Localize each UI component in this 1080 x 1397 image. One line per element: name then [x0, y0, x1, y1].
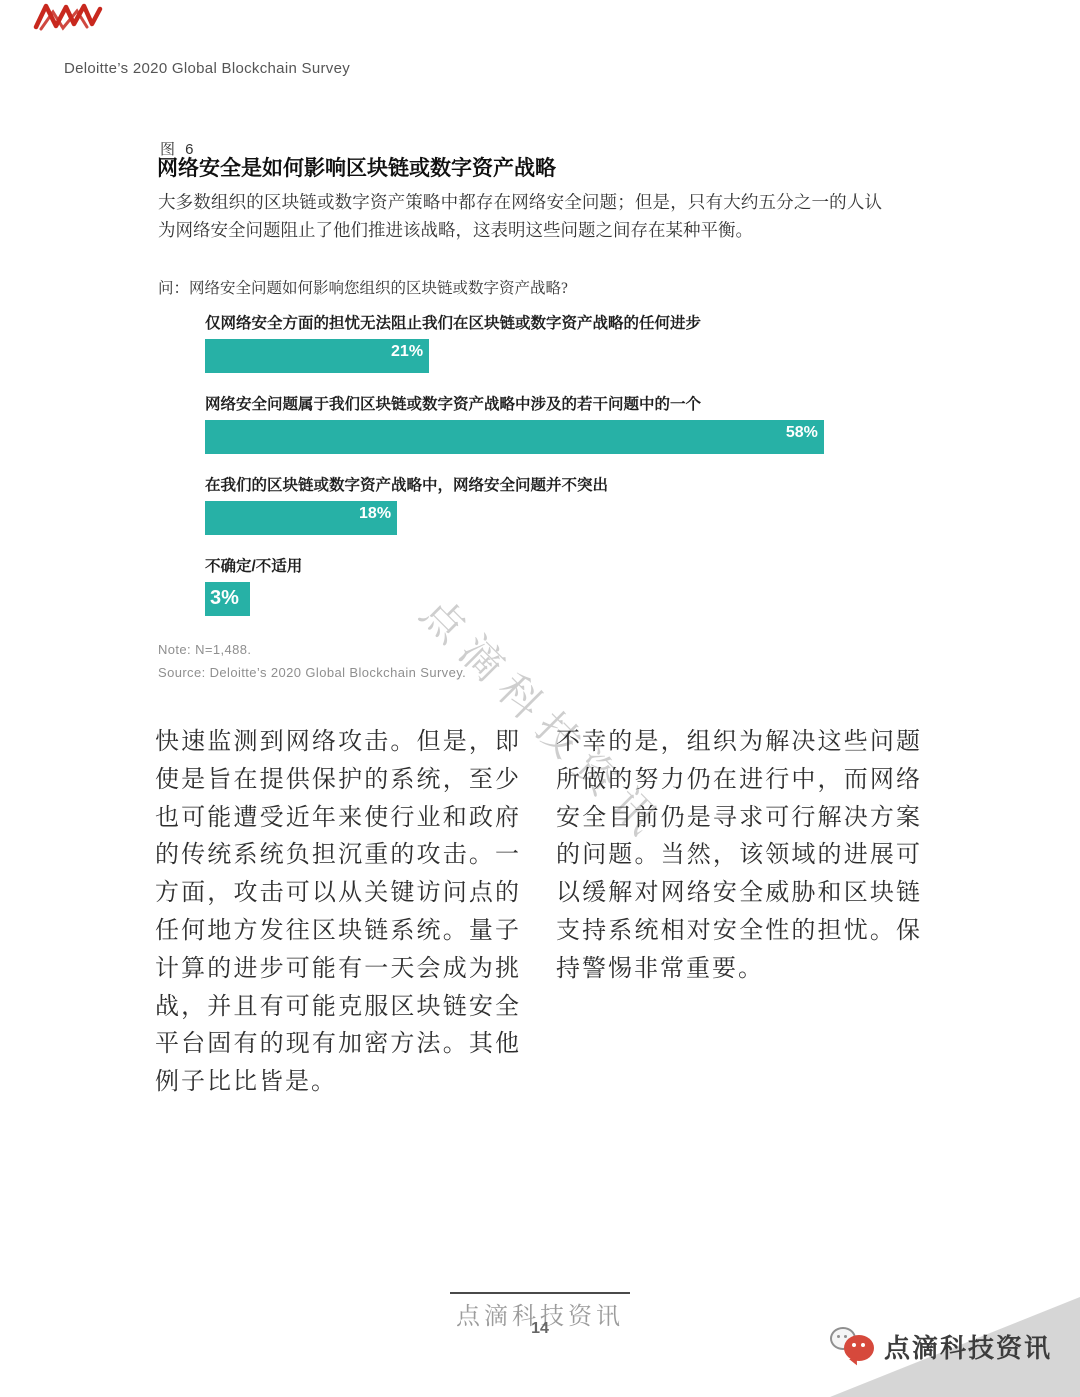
wechat-chat-bubbles-icon [830, 1327, 876, 1365]
corner-brand-badge: 点滴科技资讯 [830, 1327, 1052, 1365]
red-scribble-mark-icon [33, 2, 103, 32]
footer-divider [450, 1292, 630, 1294]
figure-intro-paragraph: 大多数组织的区块链或数字资产策略中都存在网络安全问题；但是，只有大约五分之一的人… [158, 189, 882, 244]
bar-value-label: 18% [359, 501, 397, 525]
chat-bubble-tail [849, 1357, 859, 1367]
chart-row: 不确定/不适用3% [205, 557, 1065, 616]
chart-row: 网络安全问题属于我们区块链或数字资产战略中涉及的若干问题中的一个58% [205, 395, 1065, 454]
bar-value-label: 3% [205, 582, 239, 611]
note-line: Note: N=1,488. [158, 638, 466, 661]
survey-question: 问：网络安全问题如何影响您组织的区块链或数字资产战略? [158, 276, 568, 298]
body-left-column: 快速监测到网络攻击。但是，即使是旨在提供保护的系统，至少也可能遭受近年来使行业和… [155, 724, 521, 1102]
bar-category-label: 网络安全问题属于我们区块链或数字资产战略中涉及的若干问题中的一个 [205, 395, 1065, 415]
body-right-column: 不幸的是，组织为解决这些问题所做的努力仍在进行中，而网络安全目前仍是寻求可行解决… [556, 724, 922, 1102]
chart-row: 在我们的区块链或数字资产战略中，网络安全问题并不突出18% [205, 476, 1065, 535]
bar-category-label: 在我们的区块链或数字资产战略中，网络安全问题并不突出 [205, 476, 1065, 496]
bar-segment: 3% [205, 582, 250, 616]
figure-title: 网络安全是如何影响区块链或数字资产战略 [157, 152, 556, 182]
bar-segment: 21% [205, 339, 429, 373]
report-header: Deloitte’s 2020 Global Blockchain Survey [64, 60, 350, 77]
bar-value-label: 21% [391, 339, 429, 363]
bar-segment: 58% [205, 420, 824, 454]
bar-chart: 仅网络安全方面的担忧无法阻止我们在区块链或数字资产战略的任何进步21%网络安全问… [205, 314, 1065, 638]
bar-segment: 18% [205, 501, 397, 535]
chart-row: 仅网络安全方面的担忧无法阻止我们在区块链或数字资产战略的任何进步21% [205, 314, 1065, 373]
bar-category-label: 不确定/不适用 [205, 557, 1065, 577]
source-line: Source: Deloitte’s 2020 Global Blockchai… [158, 661, 466, 684]
corner-brand-text: 点滴科技资讯 [884, 1328, 1052, 1365]
chat-bubble-large [844, 1335, 874, 1361]
chart-notes: Note: N=1,488. Source: Deloitte’s 2020 G… [158, 638, 466, 684]
bar-category-label: 仅网络安全方面的担忧无法阻止我们在区块链或数字资产战略的任何进步 [205, 314, 1065, 334]
document-page: Deloitte’s 2020 Global Blockchain Survey… [0, 0, 1080, 1397]
body-columns: 快速监测到网络攻击。但是，即使是旨在提供保护的系统，至少也可能遭受近年来使行业和… [155, 724, 922, 1102]
bar-value-label: 58% [786, 420, 824, 444]
